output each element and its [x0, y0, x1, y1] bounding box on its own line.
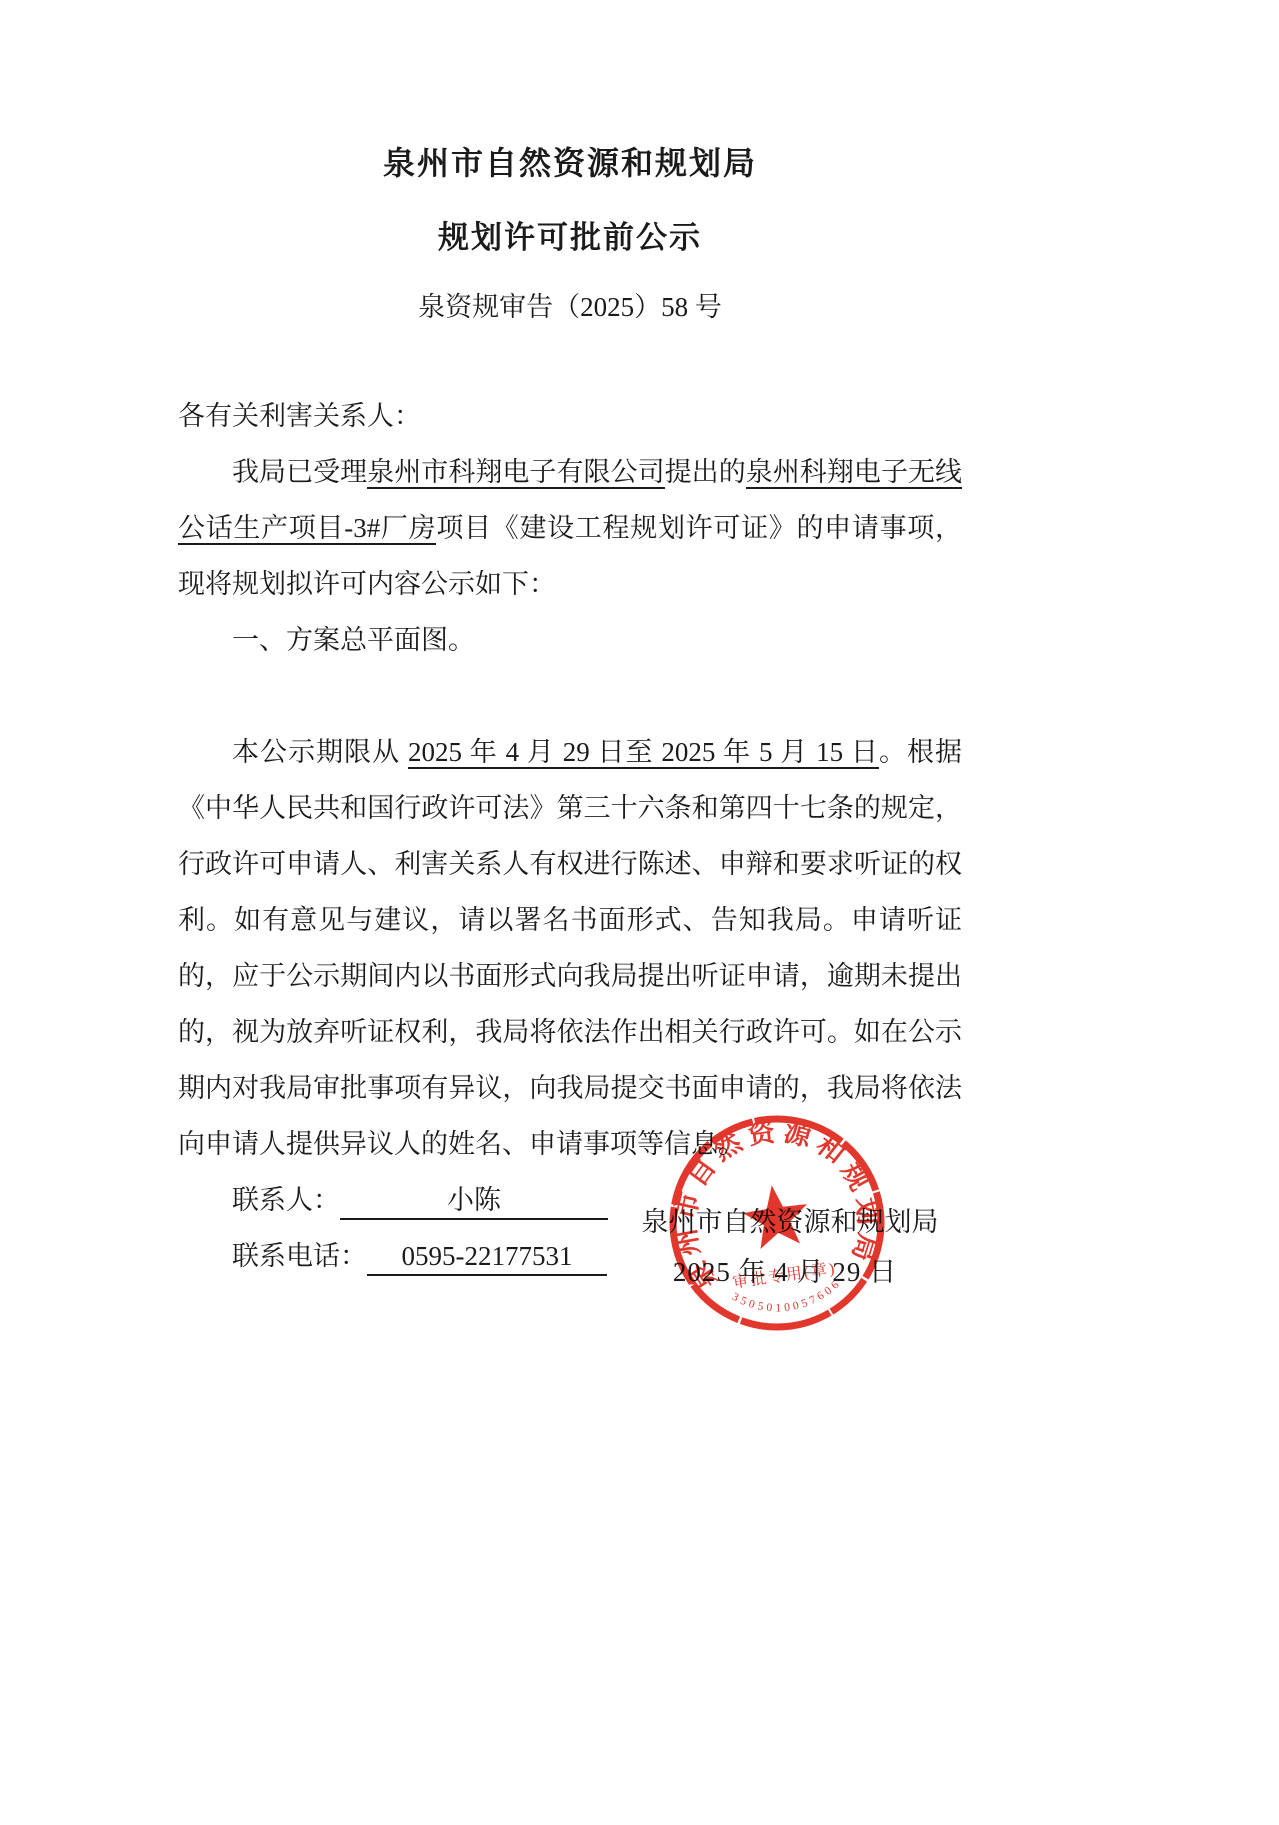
seal-star-icon — [740, 1181, 813, 1251]
notice-period-dates-underlined: 2025 年 4 月 29 日至 2025 年 5 月 15 日 — [408, 737, 879, 769]
official-seal: 泉州市自然资源和规划局 审批专用(章) 3505010057606 — [636, 1082, 918, 1364]
para2-text: 本公示期限从 — [232, 737, 408, 767]
document-number: 泉资规审告（2025）58 号 — [178, 285, 962, 324]
document-title: 泉州市自然资源和规划局 — [178, 138, 962, 184]
salutation: 各有关利害关系人： — [178, 388, 962, 444]
para1-text: 我局已受理 — [232, 457, 367, 487]
applicant-company-underlined: 泉州市科翔电子有限公司 — [367, 457, 664, 489]
blank-gap — [178, 668, 962, 724]
paragraph-application: 我局已受理泉州市科翔电子有限公司提出的泉州科翔电子无线公话生产项目-3#厂房项目… — [178, 444, 962, 612]
document-subtitle: 规划许可批前公示 — [178, 212, 962, 257]
contact-phone-value: 0595-22177531 — [367, 1241, 607, 1276]
contact-phone-label: 联系电话： — [232, 1241, 367, 1271]
contact-name-label: 联系人： — [232, 1185, 340, 1215]
contact-name-value: 小陈 — [340, 1185, 608, 1220]
para1-text: 提出的 — [665, 457, 746, 487]
list-item-site-plan: 一、方案总平面图。 — [178, 612, 962, 668]
seal-inner-text: 审批专用(章) — [731, 1258, 837, 1291]
